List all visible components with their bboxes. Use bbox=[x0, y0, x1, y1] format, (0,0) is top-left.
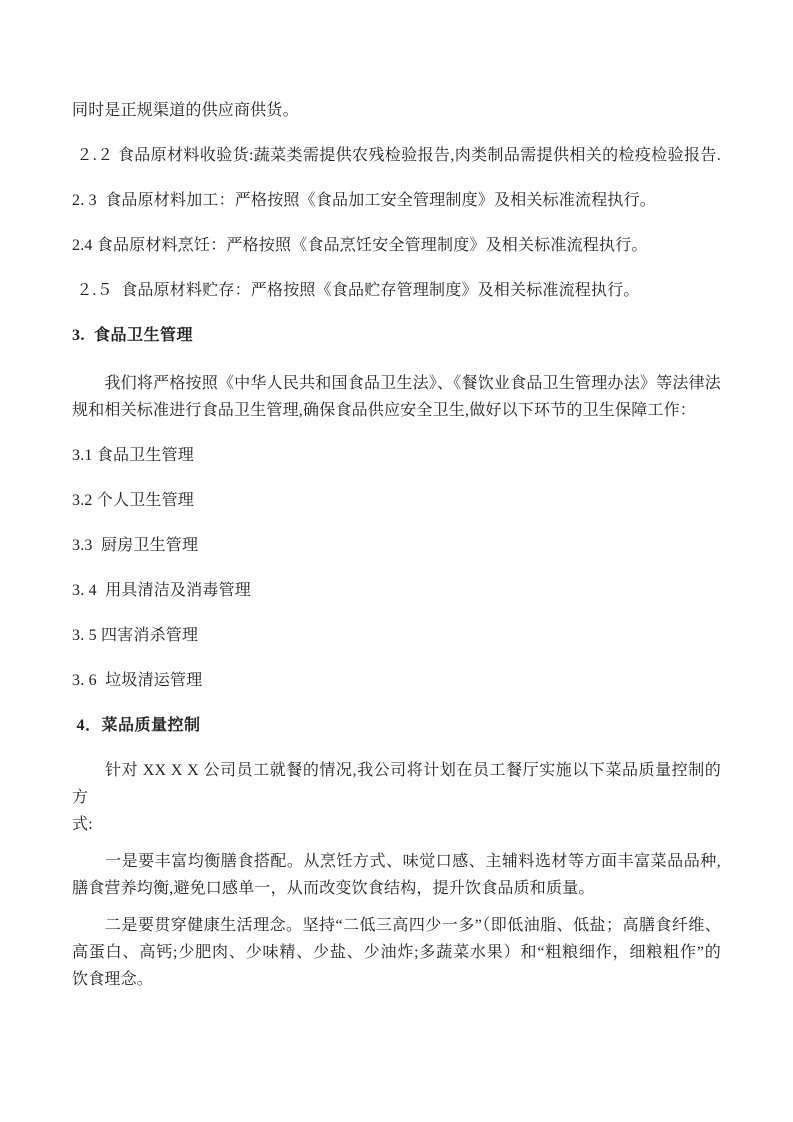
text-line: 我们将严格按照《中华人民共和国食品卫生法》、《餐饮业食品卫生管理办法》等法律法 bbox=[72, 370, 721, 397]
text-line: 3. 5 四害消杀管理 bbox=[72, 622, 721, 649]
text-line: ２.５ 食品原材料贮存：严格按照《食品贮存管理制度》及相关标准流程执行。 bbox=[72, 277, 721, 304]
text-line: 膳食营养均衡,避免口感单一，从而改变饮食结构，提升饮食品质和质量。 bbox=[72, 875, 721, 902]
text-line: ２.２ 食品原材料收验货:蔬菜类需提供农残检验报告,肉类制品需提供相关的检疫检验… bbox=[72, 142, 721, 169]
text-line: 3.3 厨房卫生管理 bbox=[72, 532, 721, 559]
text-line: 2. 3 食品原材料加工：严格按照《食品加工安全管理制度》及相关标准流程执行。 bbox=[72, 187, 721, 214]
text-line: 一是要丰富均衡膳食搭配。从烹饪方式、味觉口感、主辅料选材等方面丰富菜品品种, bbox=[72, 848, 721, 875]
list-item-3-4: 3. 4 用具清洁及消毒管理 bbox=[72, 577, 721, 604]
text-line: 高蛋白、高钙;少肥肉、少味精、少盐、少油炸;多蔬菜水果）和“粗粮细作，细粮粗作”… bbox=[72, 939, 721, 966]
text-line: 饮食理念。 bbox=[72, 966, 721, 993]
list-item-2-5: ２.５ 食品原材料贮存：严格按照《食品贮存管理制度》及相关标准流程执行。 bbox=[72, 277, 721, 304]
heading-text: 3. 食品卫生管理 bbox=[72, 322, 721, 349]
text-line: 同时是正规渠道的供应商供货。 bbox=[72, 97, 721, 124]
list-item-3-2: 3.2 个人卫生管理 bbox=[72, 487, 721, 514]
list-item-3-5: 3. 5 四害消杀管理 bbox=[72, 622, 721, 649]
paragraph-point-one: 一是要丰富均衡膳食搭配。从烹饪方式、味觉口感、主辅料选材等方面丰富菜品品种, 膳… bbox=[72, 848, 721, 902]
text-line: 二是要贯穿健康生活理念。坚持“二低三高四少一多”（即低油脂、低盐；高膳食纤维、 bbox=[72, 912, 721, 939]
list-item-2-2: ２.２ 食品原材料收验货:蔬菜类需提供农残检验报告,肉类制品需提供相关的检疫检验… bbox=[72, 142, 721, 169]
list-item-2-3: 2. 3 食品原材料加工：严格按照《食品加工安全管理制度》及相关标准流程执行。 bbox=[72, 187, 721, 214]
heading-text: 4．菜品质量控制 bbox=[72, 712, 721, 739]
text-line: 2.4 食品原材料烹饪：严格按照《食品烹饪安全管理制度》及相关标准流程执行。 bbox=[72, 232, 721, 259]
list-item-3-3: 3.3 厨房卫生管理 bbox=[72, 532, 721, 559]
text-line: 式: bbox=[72, 811, 721, 838]
text-line: 3. 4 用具清洁及消毒管理 bbox=[72, 577, 721, 604]
paragraph-intro-hygiene: 我们将严格按照《中华人民共和国食品卫生法》、《餐饮业食品卫生管理办法》等法律法 … bbox=[72, 370, 721, 424]
list-item-2-4: 2.4 食品原材料烹饪：严格按照《食品烹饪安全管理制度》及相关标准流程执行。 bbox=[72, 232, 721, 259]
list-item-3-6: 3. 6 垃圾清运管理 bbox=[72, 667, 721, 694]
text-line: 3. 6 垃圾清运管理 bbox=[72, 667, 721, 694]
text-line: 针对 XX X X 公司员工就餐的情况,我公司将计划在员工餐厅实施以下菜品质量控… bbox=[72, 757, 721, 811]
text-line: 3.2 个人卫生管理 bbox=[72, 487, 721, 514]
list-item-3-1: 3.1 食品卫生管理 bbox=[72, 442, 721, 469]
text-line: 规和相关标准进行食品卫生管理,确保食品供应安全卫生,做好以下环节的卫生保障工作： bbox=[72, 397, 721, 424]
document-page: 同时是正规渠道的供应商供货。 ２.２ 食品原材料收验货:蔬菜类需提供农残检验报告… bbox=[0, 0, 793, 1122]
paragraph-continuation: 同时是正规渠道的供应商供货。 bbox=[72, 97, 721, 124]
section-heading-4: 4．菜品质量控制 bbox=[72, 712, 721, 739]
text-line: 3.1 食品卫生管理 bbox=[72, 442, 721, 469]
paragraph-intro-quality: 针对 XX X X 公司员工就餐的情况,我公司将计划在员工餐厅实施以下菜品质量控… bbox=[72, 757, 721, 838]
paragraph-point-two: 二是要贯穿健康生活理念。坚持“二低三高四少一多”（即低油脂、低盐；高膳食纤维、 … bbox=[72, 912, 721, 993]
section-heading-3: 3. 食品卫生管理 bbox=[72, 322, 721, 349]
